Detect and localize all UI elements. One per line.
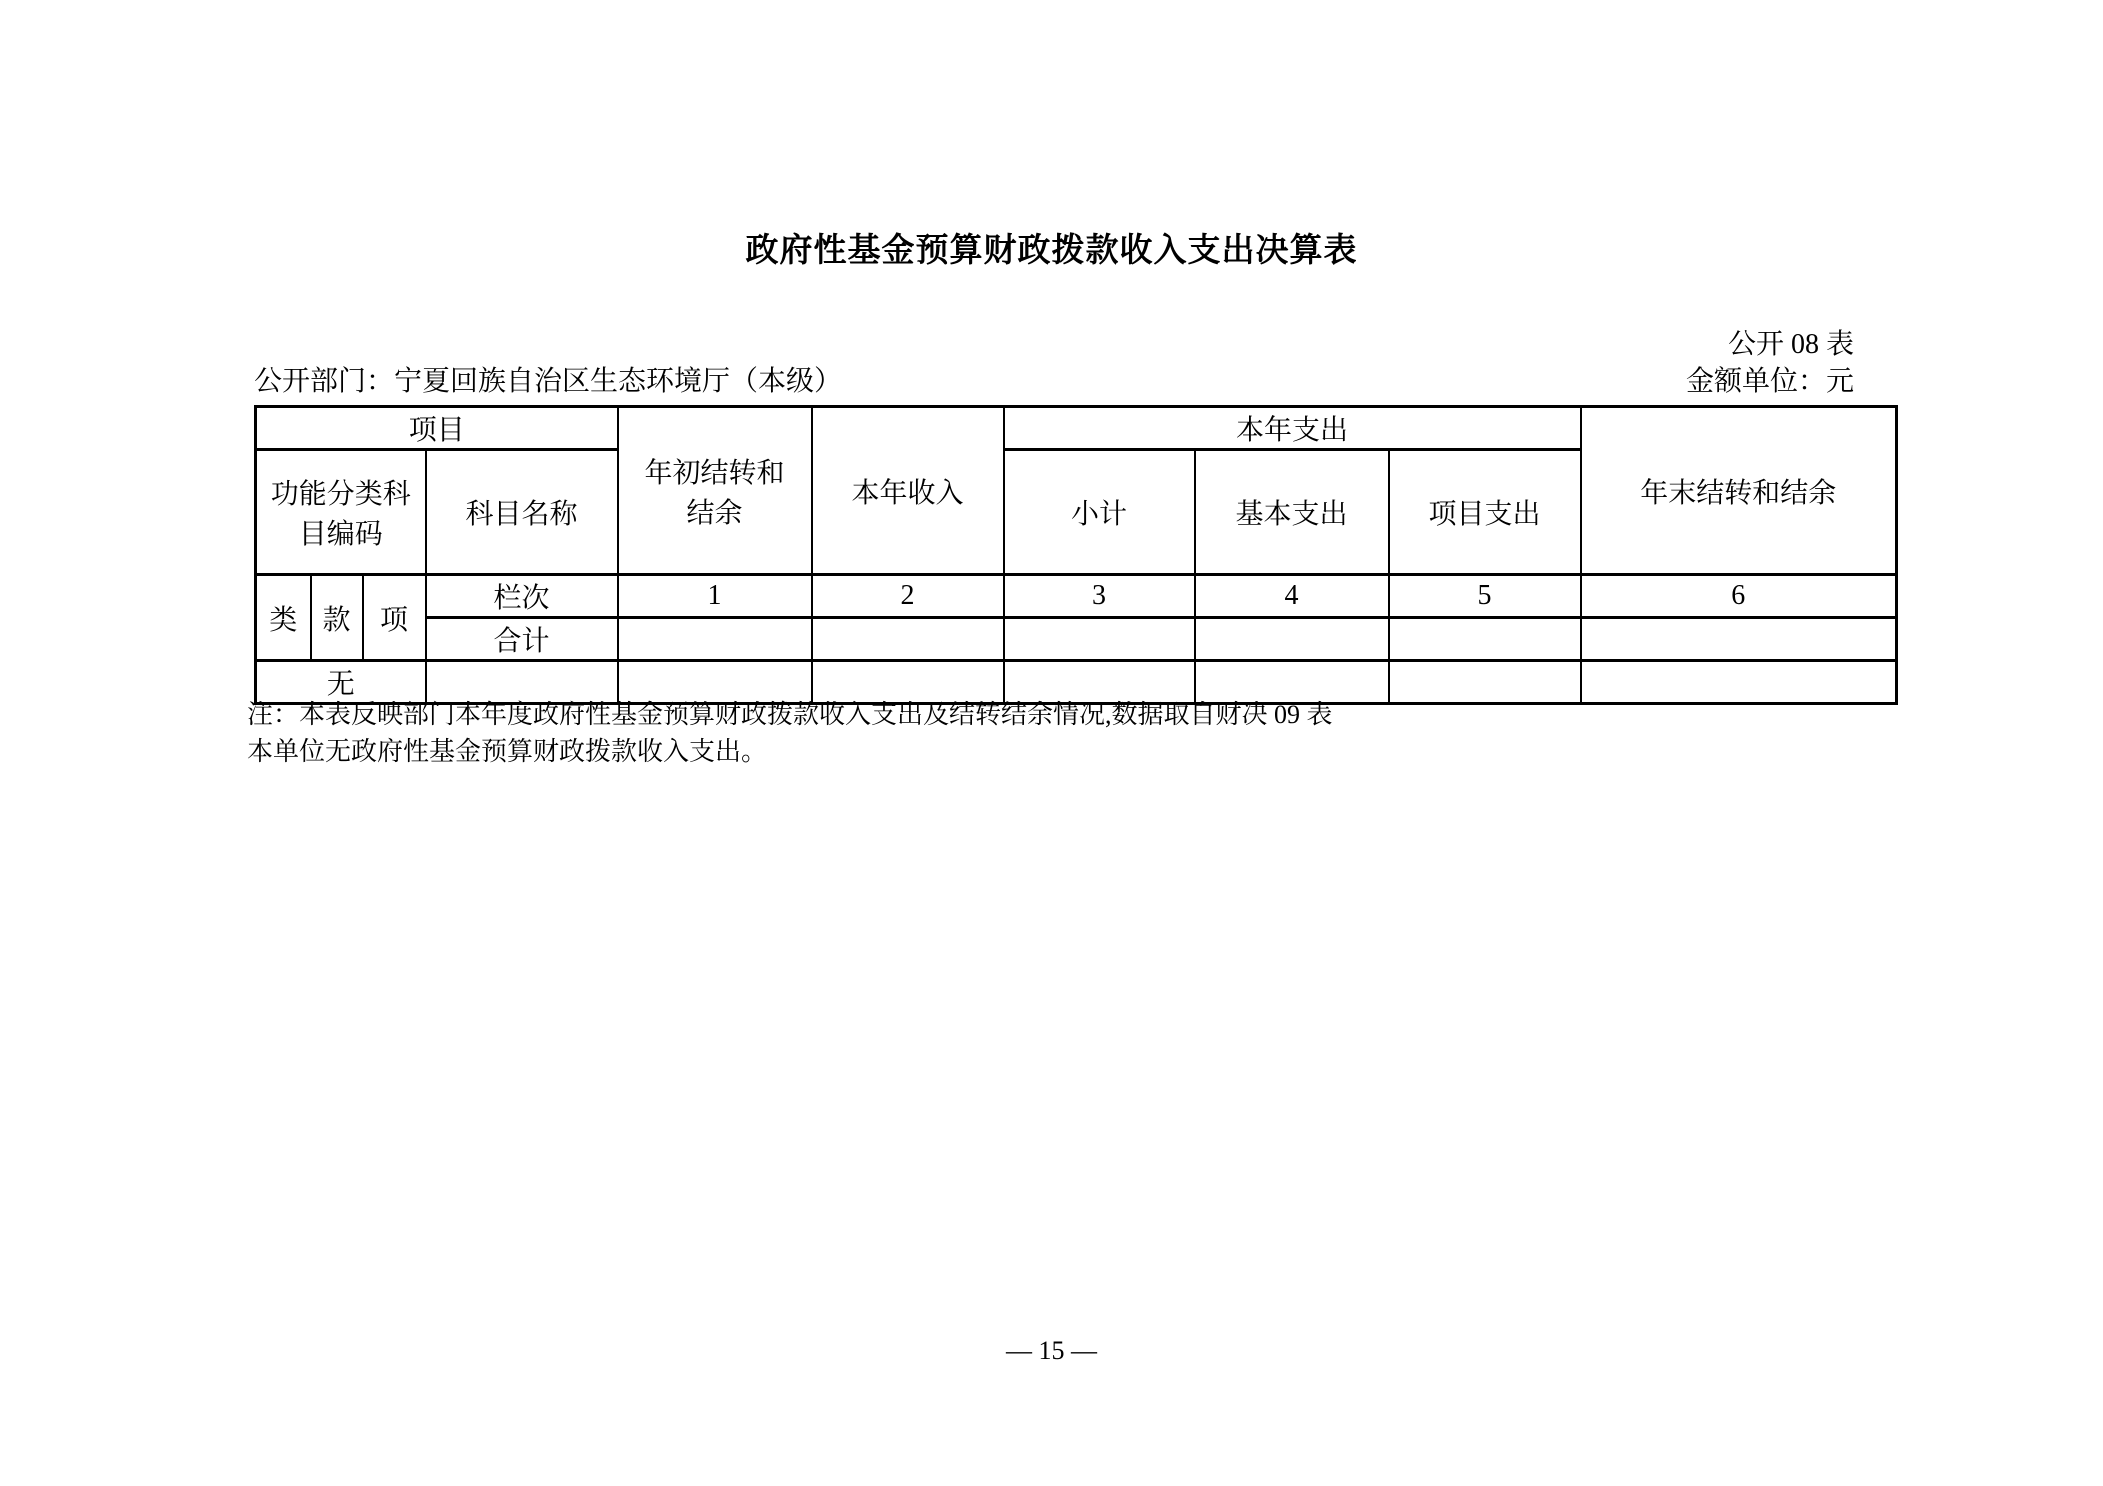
note-line-2: 本单位无政府性基金预算财政拨款收入支出。 [247,733,1333,770]
table-notes: 注：本表反映部门本年度政府性基金预算财政拨款收入支出及结转结余情况,数据取自财决… [247,696,1333,770]
header-basic-expense: 基本支出 [1195,450,1389,575]
total-value-3 [1004,618,1195,661]
lanci-col-4: 4 [1195,575,1389,618]
header-func-code: 功能分类科目编码 [256,450,426,575]
total-value-6 [1581,618,1897,661]
none-value-6 [1389,661,1581,704]
lanci-label: 栏次 [426,575,618,618]
header-subtotal: 小计 [1004,450,1195,575]
lanci-col-5: 5 [1389,575,1581,618]
header-current-expense: 本年支出 [1004,407,1581,450]
total-value-5 [1389,618,1581,661]
meta-row: 公开部门：宁夏回族自治区生态环境厅（本级） 金额单位：元 [254,359,1854,399]
none-value-7 [1581,661,1897,704]
header-section: 款 [311,575,363,661]
total-label: 合计 [426,618,618,661]
header-project-expense: 项目支出 [1389,450,1581,575]
header-item: 项 [363,575,426,661]
header-begin-balance: 年初结转和结余 [618,407,812,575]
header-class: 类 [256,575,311,661]
total-value-4 [1195,618,1389,661]
unit-label: 金额单位：元 [1686,359,1854,399]
header-project: 项目 [256,407,618,450]
lanci-col-6: 6 [1581,575,1897,618]
note-line-1: 注：本表反映部门本年度政府性基金预算财政拨款收入支出及结转结余情况,数据取自财决… [247,696,1333,733]
lanci-col-3: 3 [1004,575,1195,618]
total-value-2 [812,618,1004,661]
header-begin-balance-label: 年初结转和结余 [642,451,787,531]
fund-budget-table: 项目 年初结转和结余 本年收入 本年支出 年末结转和结余 功能分类科目编码 科目… [254,405,1898,705]
lanci-col-1: 1 [618,575,812,618]
header-func-code-label: 功能分类科目编码 [268,472,413,552]
header-subject-name: 科目名称 [426,450,618,575]
table-code-label: 公开 08 表 [254,322,1854,362]
lanci-col-2: 2 [812,575,1004,618]
page-title: 政府性基金预算财政拨款收入支出决算表 [0,224,2103,271]
total-value-1 [618,618,812,661]
document-page: 政府性基金预算财政拨款收入支出决算表 公开 08 表 公开部门：宁夏回族自治区生… [0,0,2103,1486]
department-label: 公开部门：宁夏回族自治区生态环境厅（本级） [254,359,842,399]
header-end-balance: 年末结转和结余 [1581,407,1897,575]
header-current-income: 本年收入 [812,407,1004,575]
page-number: — 15 — [0,1336,2103,1366]
